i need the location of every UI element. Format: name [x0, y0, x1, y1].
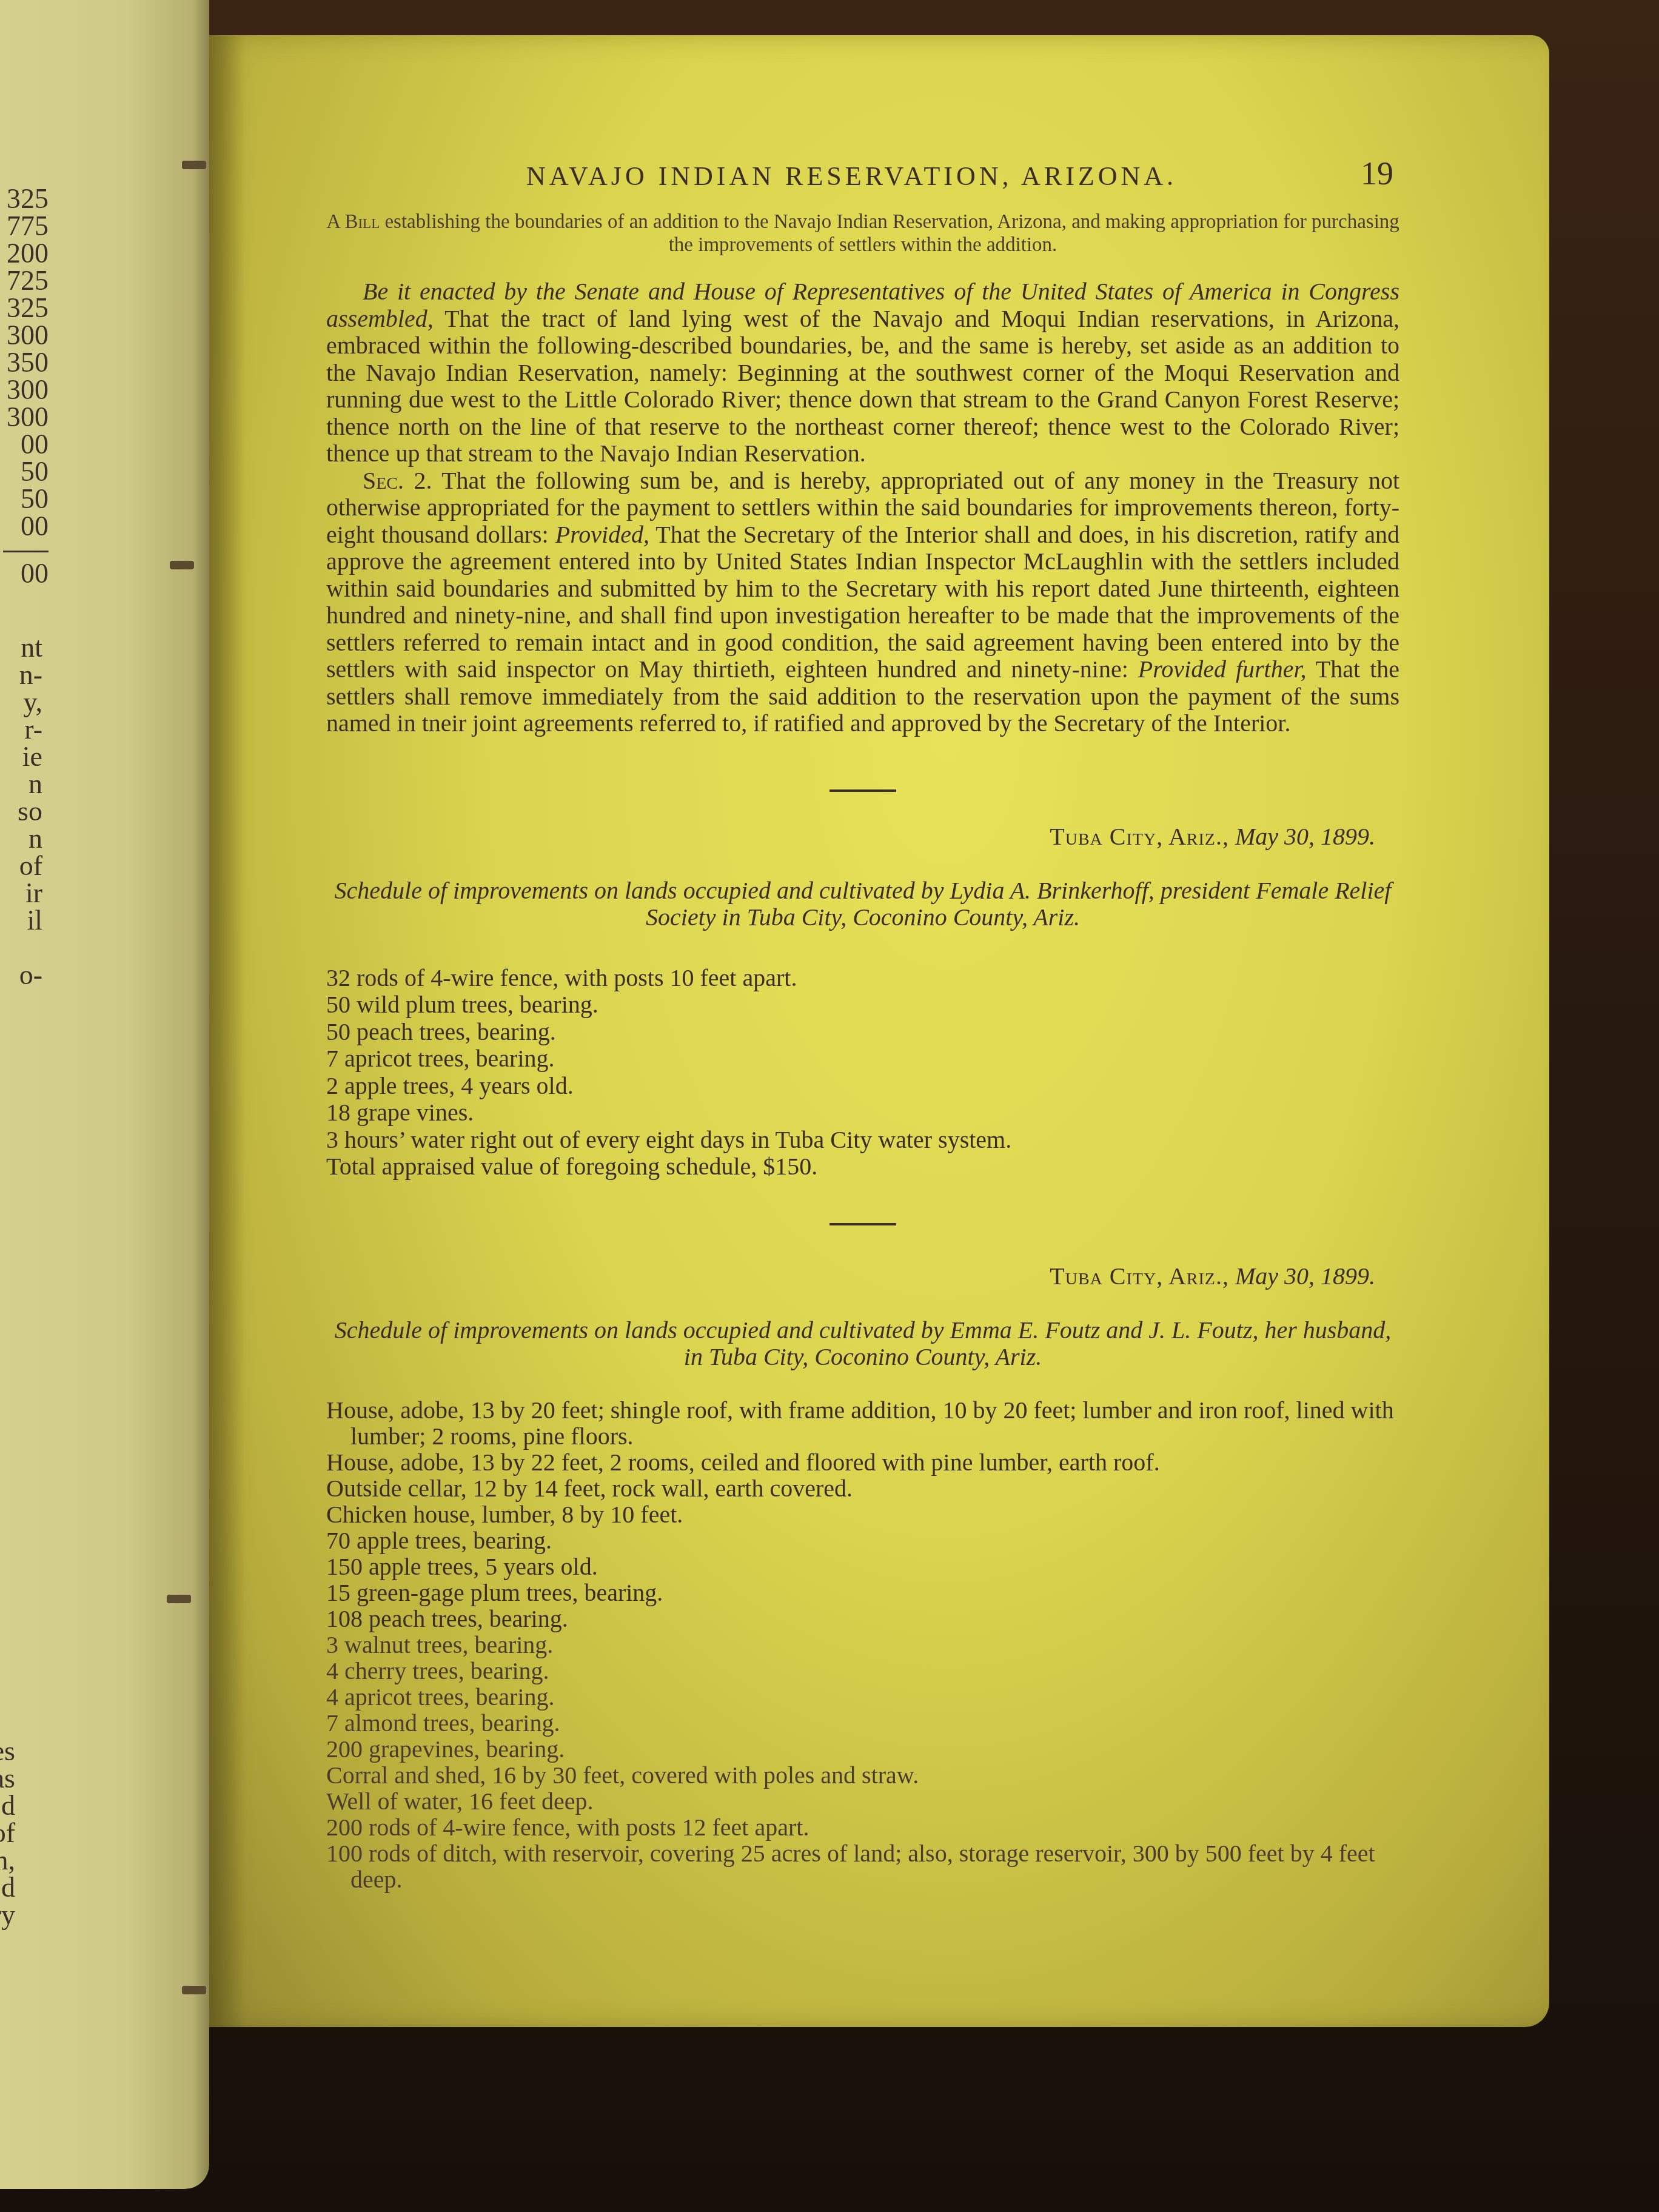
total-rule [3, 551, 49, 552]
fragment: n [18, 770, 42, 797]
binding-stitch-mark [170, 561, 194, 569]
bill-body: Be it enacted by the Senate and House of… [326, 278, 1399, 737]
dateline-place: Tuba City, Ariz., [1050, 823, 1229, 850]
schedule-heading: Schedule of improvements on lands occupi… [326, 1317, 1399, 1370]
left-page-edge-text: 325 775 200 725 325 300 350 300 300 00 5… [0, 0, 73, 2189]
schedule-item: 4 cherry trees, bearing. [326, 1658, 1399, 1684]
fragment: 775 [3, 212, 49, 240]
fragment: n- [18, 661, 42, 688]
fragment: of [18, 852, 42, 879]
fragment: n [18, 825, 42, 852]
bill-section-2: Sec. 2. That the following sum be, and i… [326, 468, 1399, 737]
fragment: 300 [3, 403, 49, 431]
gutter-shadow [209, 35, 246, 2027]
section-1-text: That the tract of land lying west of the… [326, 305, 1399, 468]
fragment [18, 934, 42, 961]
left-page-text-column: nt n- y, r- ie n so n of ir il o- [18, 634, 42, 988]
schedule-items: House, adobe, 13 by 20 feet; shingle roo… [326, 1397, 1399, 1892]
binding-stitch-mark [182, 1986, 206, 1994]
fragment: as [0, 1765, 15, 1792]
fragment: so [18, 797, 42, 825]
left-page-number-column: 325 775 200 725 325 300 350 300 300 00 5… [3, 185, 49, 587]
dateline: Tuba City, Ariz., May 30, 1899. [326, 1262, 1399, 1290]
running-head-title: NAVAJO INDIAN RESERVATION, ARIZONA. [526, 161, 1177, 192]
fragment: 00 [3, 560, 49, 587]
schedule-heading: Schedule of improvements on lands occupi… [326, 877, 1399, 931]
bill-caption-lead: A Bill [326, 211, 380, 233]
schedule-item: Outside cellar, 12 by 14 feet, rock wall… [326, 1475, 1399, 1501]
fragment: ir [18, 879, 42, 907]
fragment: 325 [3, 185, 49, 212]
fragment: 200 [3, 240, 49, 267]
fragment: y, [18, 688, 42, 716]
fragment: of [0, 1819, 15, 1846]
schedule-item: 3 walnut trees, bearing. [326, 1632, 1399, 1658]
schedule-item: 4 apricot trees, bearing. [326, 1684, 1399, 1710]
binding-stitch-mark [182, 161, 206, 169]
fragment: n, [0, 1846, 15, 1874]
section-divider [829, 1223, 896, 1225]
schedule-item: 2 apple trees, 4 years old. [326, 1073, 1399, 1100]
schedule-item: 100 rods of ditch, with reservoir, cover… [326, 1840, 1399, 1892]
fragment: 350 [3, 349, 49, 376]
fragment: o- [18, 961, 42, 988]
schedule-item: 15 green-gage plum trees, bearing. [326, 1580, 1399, 1606]
fragment: ry [0, 1901, 15, 1928]
dateline-date: May 30, 1899. [1235, 1262, 1375, 1290]
fragment: 50 [3, 458, 49, 485]
schedule-total: Total appraised value of foregoing sched… [326, 1153, 1399, 1181]
fragment: il [18, 907, 42, 934]
page-content: NAVAJO INDIAN RESERVATION, ARIZONA. 19 A… [326, 155, 1399, 1892]
fragment: 725 [3, 267, 49, 294]
proviso-further: Provided further, [1138, 655, 1307, 683]
bill-section-1: Be it enacted by the Senate and House of… [326, 278, 1399, 468]
fragment: 00 [3, 431, 49, 458]
fragment: 325 [3, 294, 49, 321]
fragment: 00 [3, 512, 49, 540]
schedule-item: 108 peach trees, bearing. [326, 1606, 1399, 1632]
schedule-item: 70 apple trees, bearing. [326, 1527, 1399, 1553]
schedule-item: Well of water, 16 feet deep. [326, 1788, 1399, 1814]
binding-stitch-mark [167, 1595, 191, 1603]
section-divider [829, 789, 896, 792]
schedule-item: 50 peach trees, bearing. [326, 1019, 1399, 1046]
schedule-item: 200 rods of 4-wire fence, with posts 12 … [326, 1814, 1399, 1840]
schedule-item: 3 hours’ water right out of every eight … [326, 1127, 1399, 1154]
fragment: r- [18, 716, 42, 743]
schedule-item: House, adobe, 13 by 20 feet; shingle roo… [326, 1397, 1399, 1449]
schedule-item: 32 rods of 4-wire fence, with posts 10 f… [326, 965, 1399, 992]
fragment: es [0, 1737, 15, 1765]
schedule-item: 200 grapevines, bearing. [326, 1736, 1399, 1762]
bill-caption-text: establishing the boundaries of an additi… [380, 211, 1399, 256]
schedule-item: 50 wild plum trees, bearing. [326, 991, 1399, 1019]
left-page: 325 775 200 725 325 300 350 300 300 00 5… [0, 0, 209, 2189]
section-2-label: Sec. 2. [363, 467, 432, 494]
bill-caption: A Bill establishing the boundaries of an… [326, 210, 1399, 256]
left-page-text-column-lower: es as d of n, d ry [0, 1737, 15, 1928]
schedule-item: 7 almond trees, bearing. [326, 1710, 1399, 1736]
schedule-item: 18 grape vines. [326, 1099, 1399, 1127]
schedule-items: 32 rods of 4-wire fence, with posts 10 f… [326, 965, 1399, 1181]
schedule-item: Chicken house, lumber, 8 by 10 feet. [326, 1501, 1399, 1527]
dateline: Tuba City, Ariz., May 30, 1899. [326, 822, 1399, 851]
fragment: nt [18, 634, 42, 661]
proviso: Provided, [555, 521, 649, 548]
dateline-date: May 30, 1899. [1235, 823, 1375, 850]
schedule-item: Corral and shed, 16 by 30 feet, covered … [326, 1762, 1399, 1788]
fragment: 50 [3, 485, 49, 512]
dateline-place: Tuba City, Ariz., [1050, 1262, 1229, 1290]
fragment: 300 [3, 376, 49, 403]
fragment: ie [18, 743, 42, 770]
fragment: d [0, 1792, 15, 1819]
running-head: NAVAJO INDIAN RESERVATION, ARIZONA. 19 [326, 155, 1399, 197]
fragment: 300 [3, 321, 49, 349]
page-number: 19 [1361, 155, 1393, 192]
fragment: d [0, 1874, 15, 1901]
schedule-item: 7 apricot trees, bearing. [326, 1045, 1399, 1073]
schedule-item: House, adobe, 13 by 22 feet, 2 rooms, ce… [326, 1449, 1399, 1475]
schedule-item: 150 apple trees, 5 years old. [326, 1553, 1399, 1580]
